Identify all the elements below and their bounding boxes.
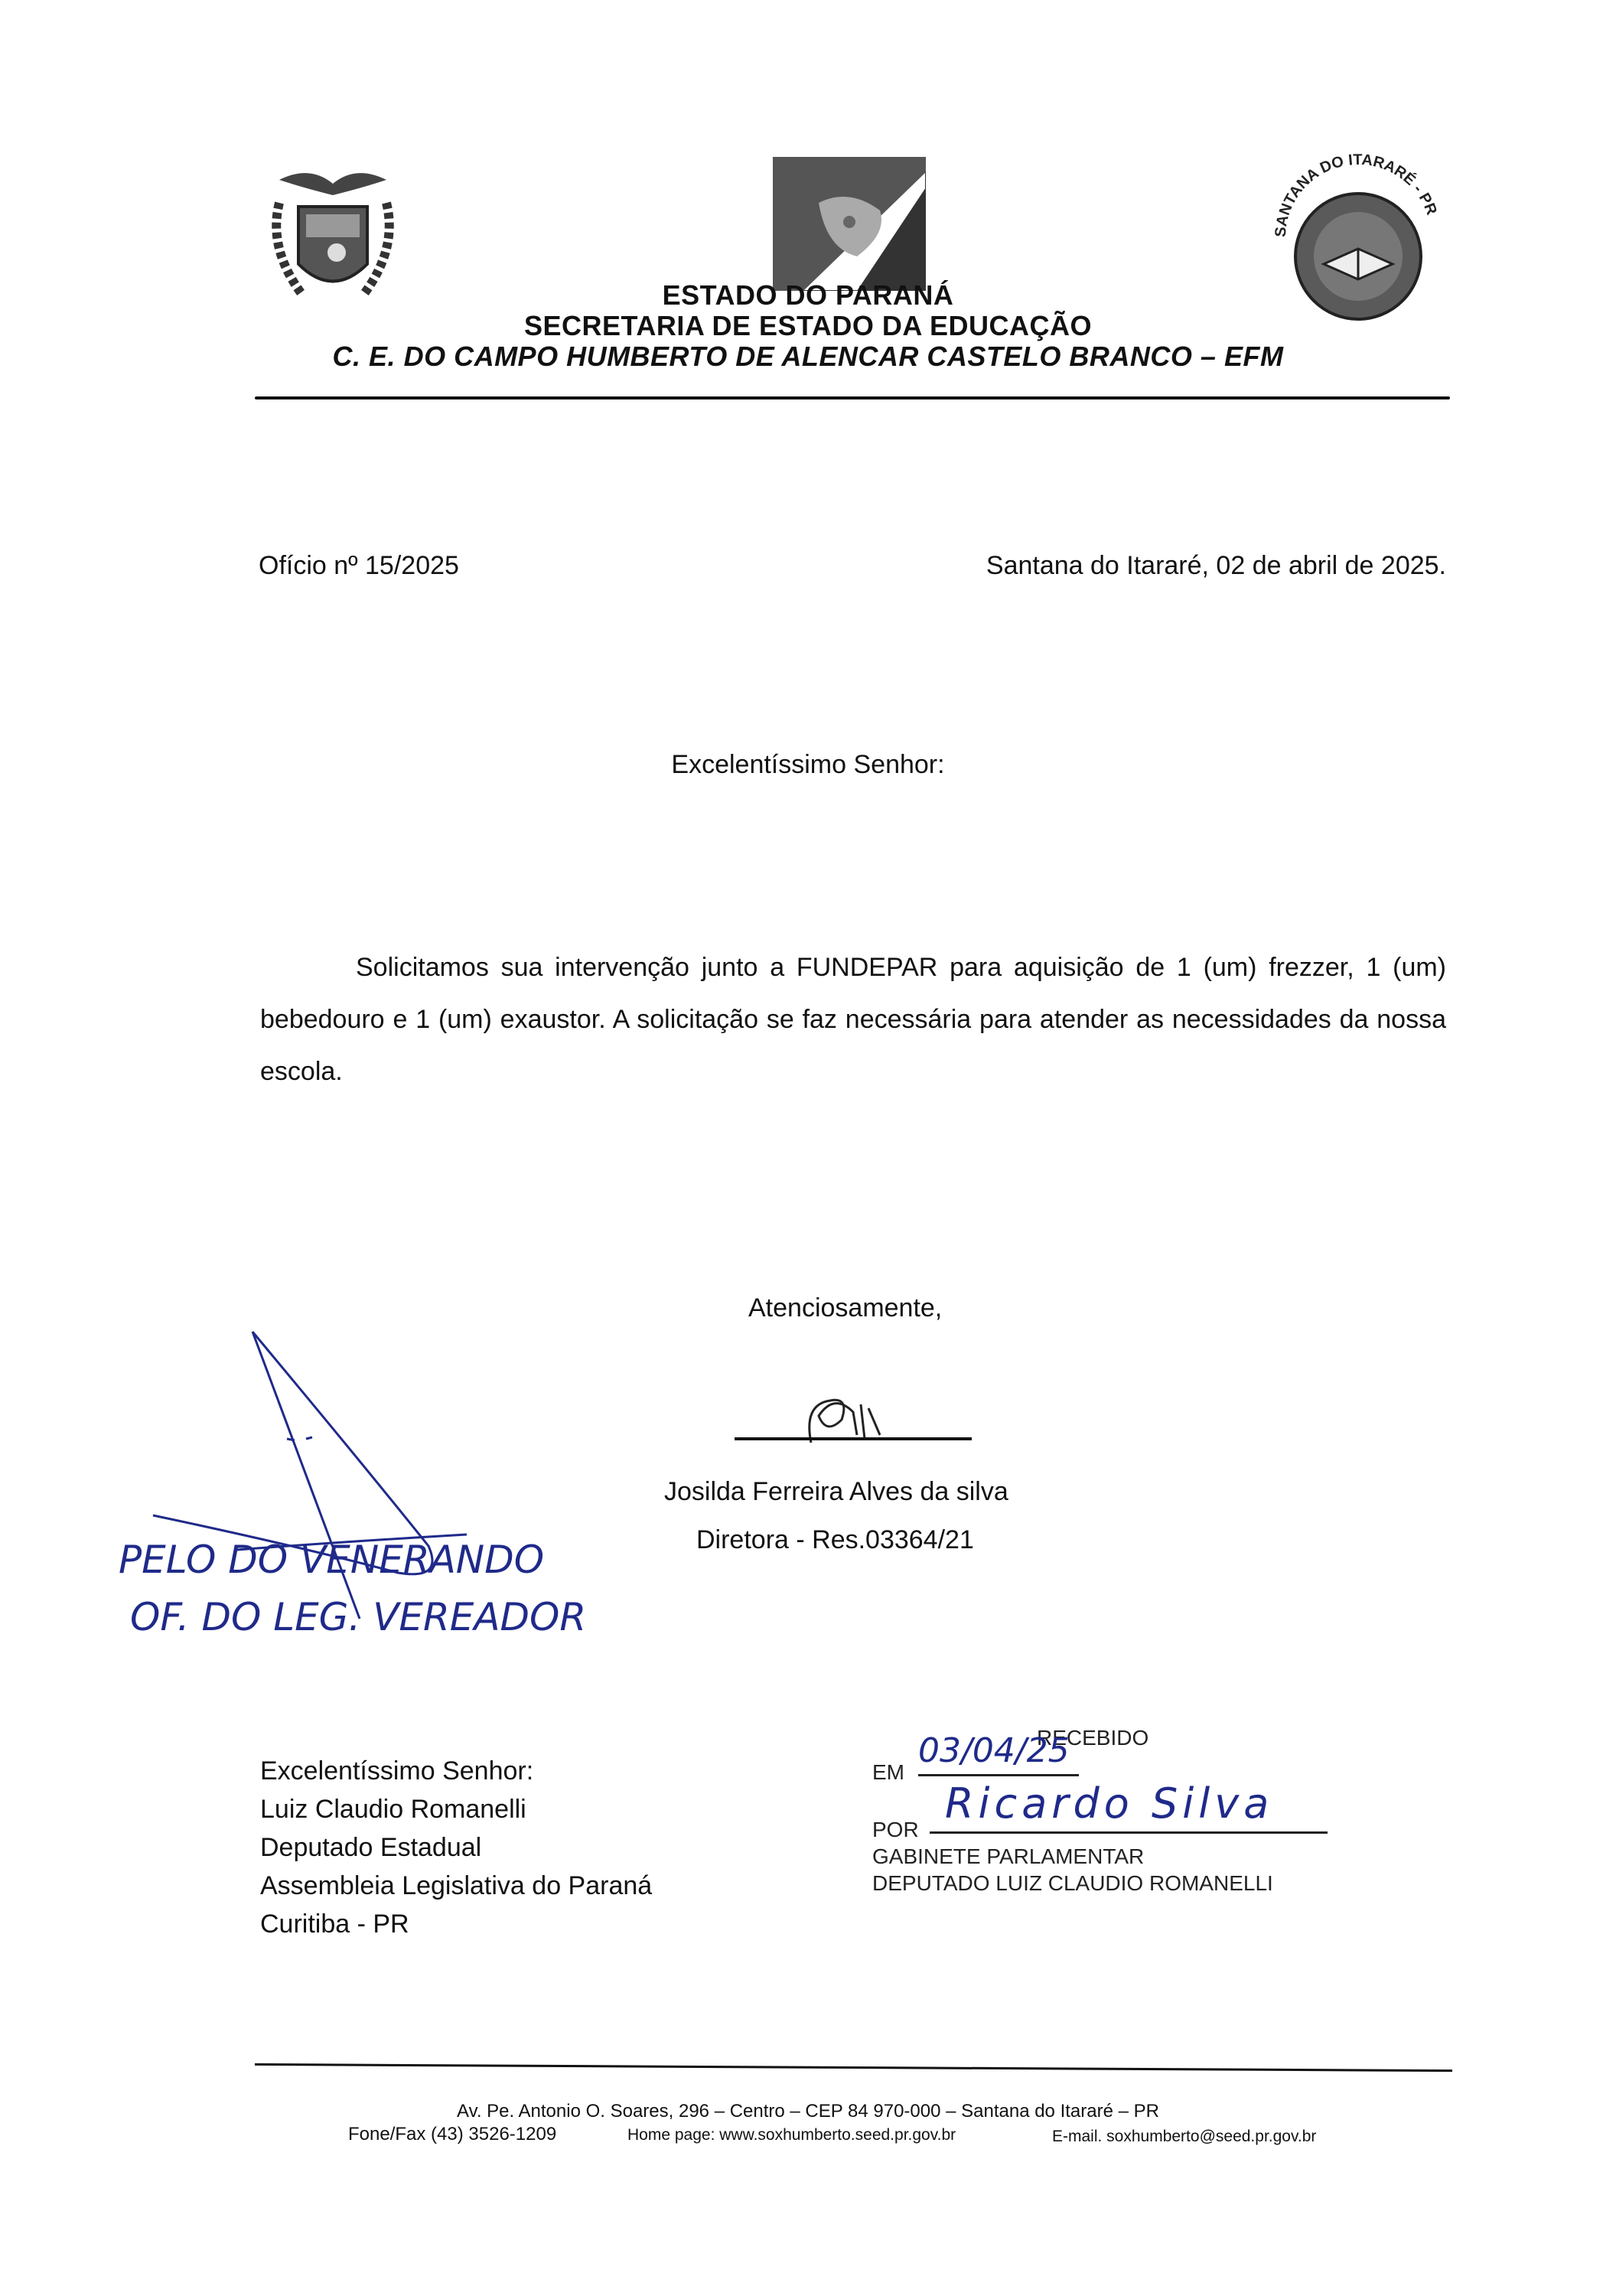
footer-phone: Fone/Fax (43) 3526-1209 (348, 2124, 556, 2145)
handwritten-annotation: PELO DO VENERANDO OF. DO LEG. VEREADOR (107, 1316, 643, 1653)
addressee-title: Deputado Estadual (260, 1833, 481, 1863)
header-secretariat: SECRETARIA DE ESTADO DA EDUCAÇÃO (0, 310, 1616, 342)
footer-email: E-mail. soxhumberto@seed.pr.gov.br (1052, 2128, 1316, 2146)
addressee-salutation: Excelentíssimo Senhor: (260, 1756, 533, 1786)
letter-reference: Ofício nº 15/2025 (259, 551, 459, 581)
stamp-deputy: DEPUTADO LUIZ CLAUDIO ROMANELLI (872, 1871, 1273, 1896)
stamp-em-label: EM (872, 1760, 904, 1785)
header-school: C. E. DO CAMPO HUMBERTO DE ALENCAR CASTE… (0, 341, 1616, 373)
addressee-name: Luiz Claudio Romanelli (260, 1795, 526, 1825)
salutation: Excelentíssimo Senhor: (0, 750, 1616, 780)
stamp-por-line (930, 1831, 1328, 1834)
footer-divider (255, 2063, 1452, 2072)
header-divider (255, 396, 1450, 400)
stamp-office: GABINETE PARLAMENTAR (872, 1844, 1144, 1869)
director-signature (796, 1389, 903, 1454)
letter-date: Santana do Itararé, 02 de abril de 2025. (986, 551, 1446, 581)
addressee-city: Curitiba - PR (260, 1910, 409, 1939)
signatory-role: Diretora - Res.03364/21 (696, 1525, 974, 1555)
handwritten-line1: PELO DO VENERANDO (119, 1538, 544, 1582)
letter-body: Solicitamos sua intervenção junto a FUND… (260, 941, 1446, 1097)
footer-homepage: Home page: www.soxhumberto.seed.pr.gov.b… (627, 2126, 956, 2144)
stamp-por-value: Ricardo Silva (945, 1779, 1273, 1828)
signatory-name: Josilda Ferreira Alves da silva (664, 1477, 1008, 1507)
parana-state-map-icon (773, 157, 926, 291)
handwritten-line2: OF. DO LEG. VEREADOR (130, 1595, 586, 1639)
footer-address: Av. Pe. Antonio O. Soares, 296 – Centro … (0, 2101, 1616, 2122)
closing: Atenciosamente, (748, 1293, 942, 1323)
addressee-organization: Assembleia Legislativa do Paraná (260, 1871, 652, 1901)
stamp-em-value: 03/04/25 (918, 1731, 1070, 1770)
signature-line (735, 1437, 972, 1440)
stamp-em-line (918, 1774, 1079, 1776)
stamp-por-label: POR (872, 1818, 919, 1842)
header-state: ESTADO DO PARANÁ (0, 279, 1616, 311)
